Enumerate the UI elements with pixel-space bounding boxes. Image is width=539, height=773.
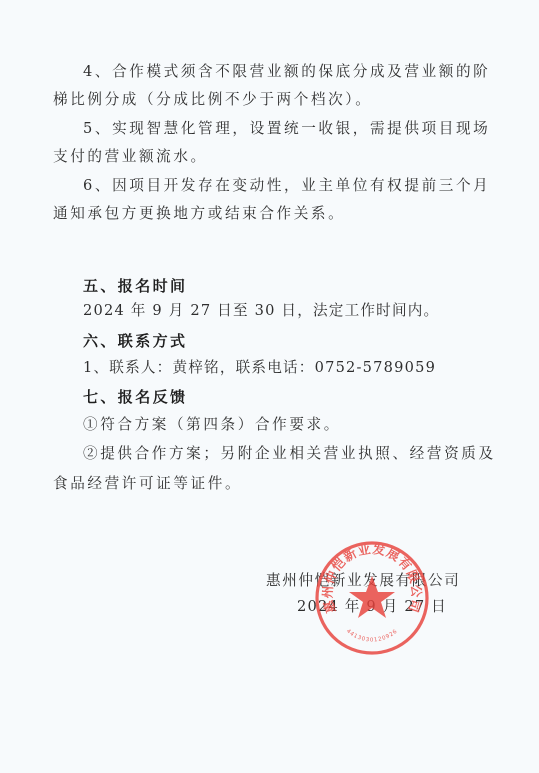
- signature-company: 惠州仲恺新业发展有限公司: [266, 572, 460, 590]
- item-4-line-2: 梯比例分成（分成比例不少于两个档次）。: [53, 91, 372, 109]
- registration-time-text: 2024 年 9 月 27 日至 30 日，法定工作时间内。: [83, 302, 439, 320]
- item-5-line-2: 支付的营业额流水。: [53, 148, 208, 166]
- section-heading-registration-time: 五、报名时间: [83, 277, 187, 295]
- item-5-line-1: 5、实现智慧化管理，设置统一收银，需提供项目现场: [83, 120, 490, 138]
- feedback-item-2-line-1: ②提供合作方案；另附企业相关营业执照、经营资质及: [83, 445, 496, 463]
- contact-text: 1、联系人：黄梓铭，联系电话：0752-5789059: [83, 359, 436, 377]
- section-heading-feedback: 七、报名反馈: [83, 388, 187, 406]
- feedback-item-1: ①符合方案（第四条）合作要求。: [83, 416, 341, 434]
- document-page: 4、合作模式须含不限营业额的保底分成及营业额的阶 梯比例分成（分成比例不少于两个…: [0, 0, 539, 773]
- section-heading-contact: 六、联系方式: [83, 332, 187, 350]
- item-4-line-1: 4、合作模式须含不限营业额的保底分成及营业额的阶: [83, 63, 490, 81]
- svg-text:4413030120926: 4413030120926: [345, 628, 399, 643]
- signature-date: 2024 年 9 月 27 日: [297, 598, 447, 616]
- feedback-item-2-line-2: 食品经营许可证等证件。: [53, 475, 242, 493]
- stamp-code: 4413030120926: [345, 628, 399, 643]
- item-6-line-2: 通知承包方更换地方或结束合作关系。: [53, 205, 345, 223]
- item-6-line-1: 6、因项目开发存在变动性，业主单位有权提前三个月: [83, 177, 490, 195]
